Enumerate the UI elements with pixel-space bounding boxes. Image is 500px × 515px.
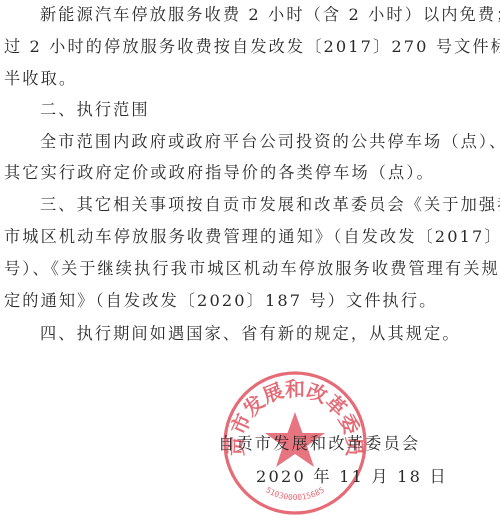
paragraph-line: 过 2 小时的停放服务收费按自发改发〔2017〕270 号文件标准减 (4, 37, 496, 57)
signature-date: 2020 年 11 月 18 日 (256, 467, 448, 487)
paragraph-line: 新能源汽车停放服务收费 2 小时（含 2 小时）以内免费；超 (40, 5, 496, 25)
paragraph-line: 定的通知》（自发改发〔2020〕187 号）文件执行。 (4, 291, 496, 311)
signature-organization: 自贡市发展和改革委员会 (218, 434, 420, 454)
document-page: 新能源汽车停放服务收费 2 小时（含 2 小时）以内免费；超 过 2 小时的停放… (0, 0, 500, 515)
section-heading: 二、执行范围 (40, 100, 496, 120)
paragraph-line: 市城区机动车停放服务收费管理的通知》（自发改发〔2017〕270 (4, 227, 496, 247)
paragraph-line: 半收取。 (4, 69, 496, 89)
svg-text:5103000015685: 5103000015685 (264, 485, 326, 502)
paragraph-line: 三、其它相关事项按自贡市发展和改革委员会《关于加强我 (40, 195, 496, 215)
paragraph-line: 号）、《关于继续执行我市城区机动车停放服务收费管理有关规 (4, 259, 496, 279)
paragraph-line: 其它实行政府定价或政府指导价的各类停车场（点）。 (4, 163, 496, 183)
paragraph-line: 四、执行期间如遇国家、省有新的规定，从其规定。 (40, 324, 496, 344)
paragraph-line: 全市范围内政府或政府平台公司投资的公共停车场（点）、 (40, 132, 496, 152)
